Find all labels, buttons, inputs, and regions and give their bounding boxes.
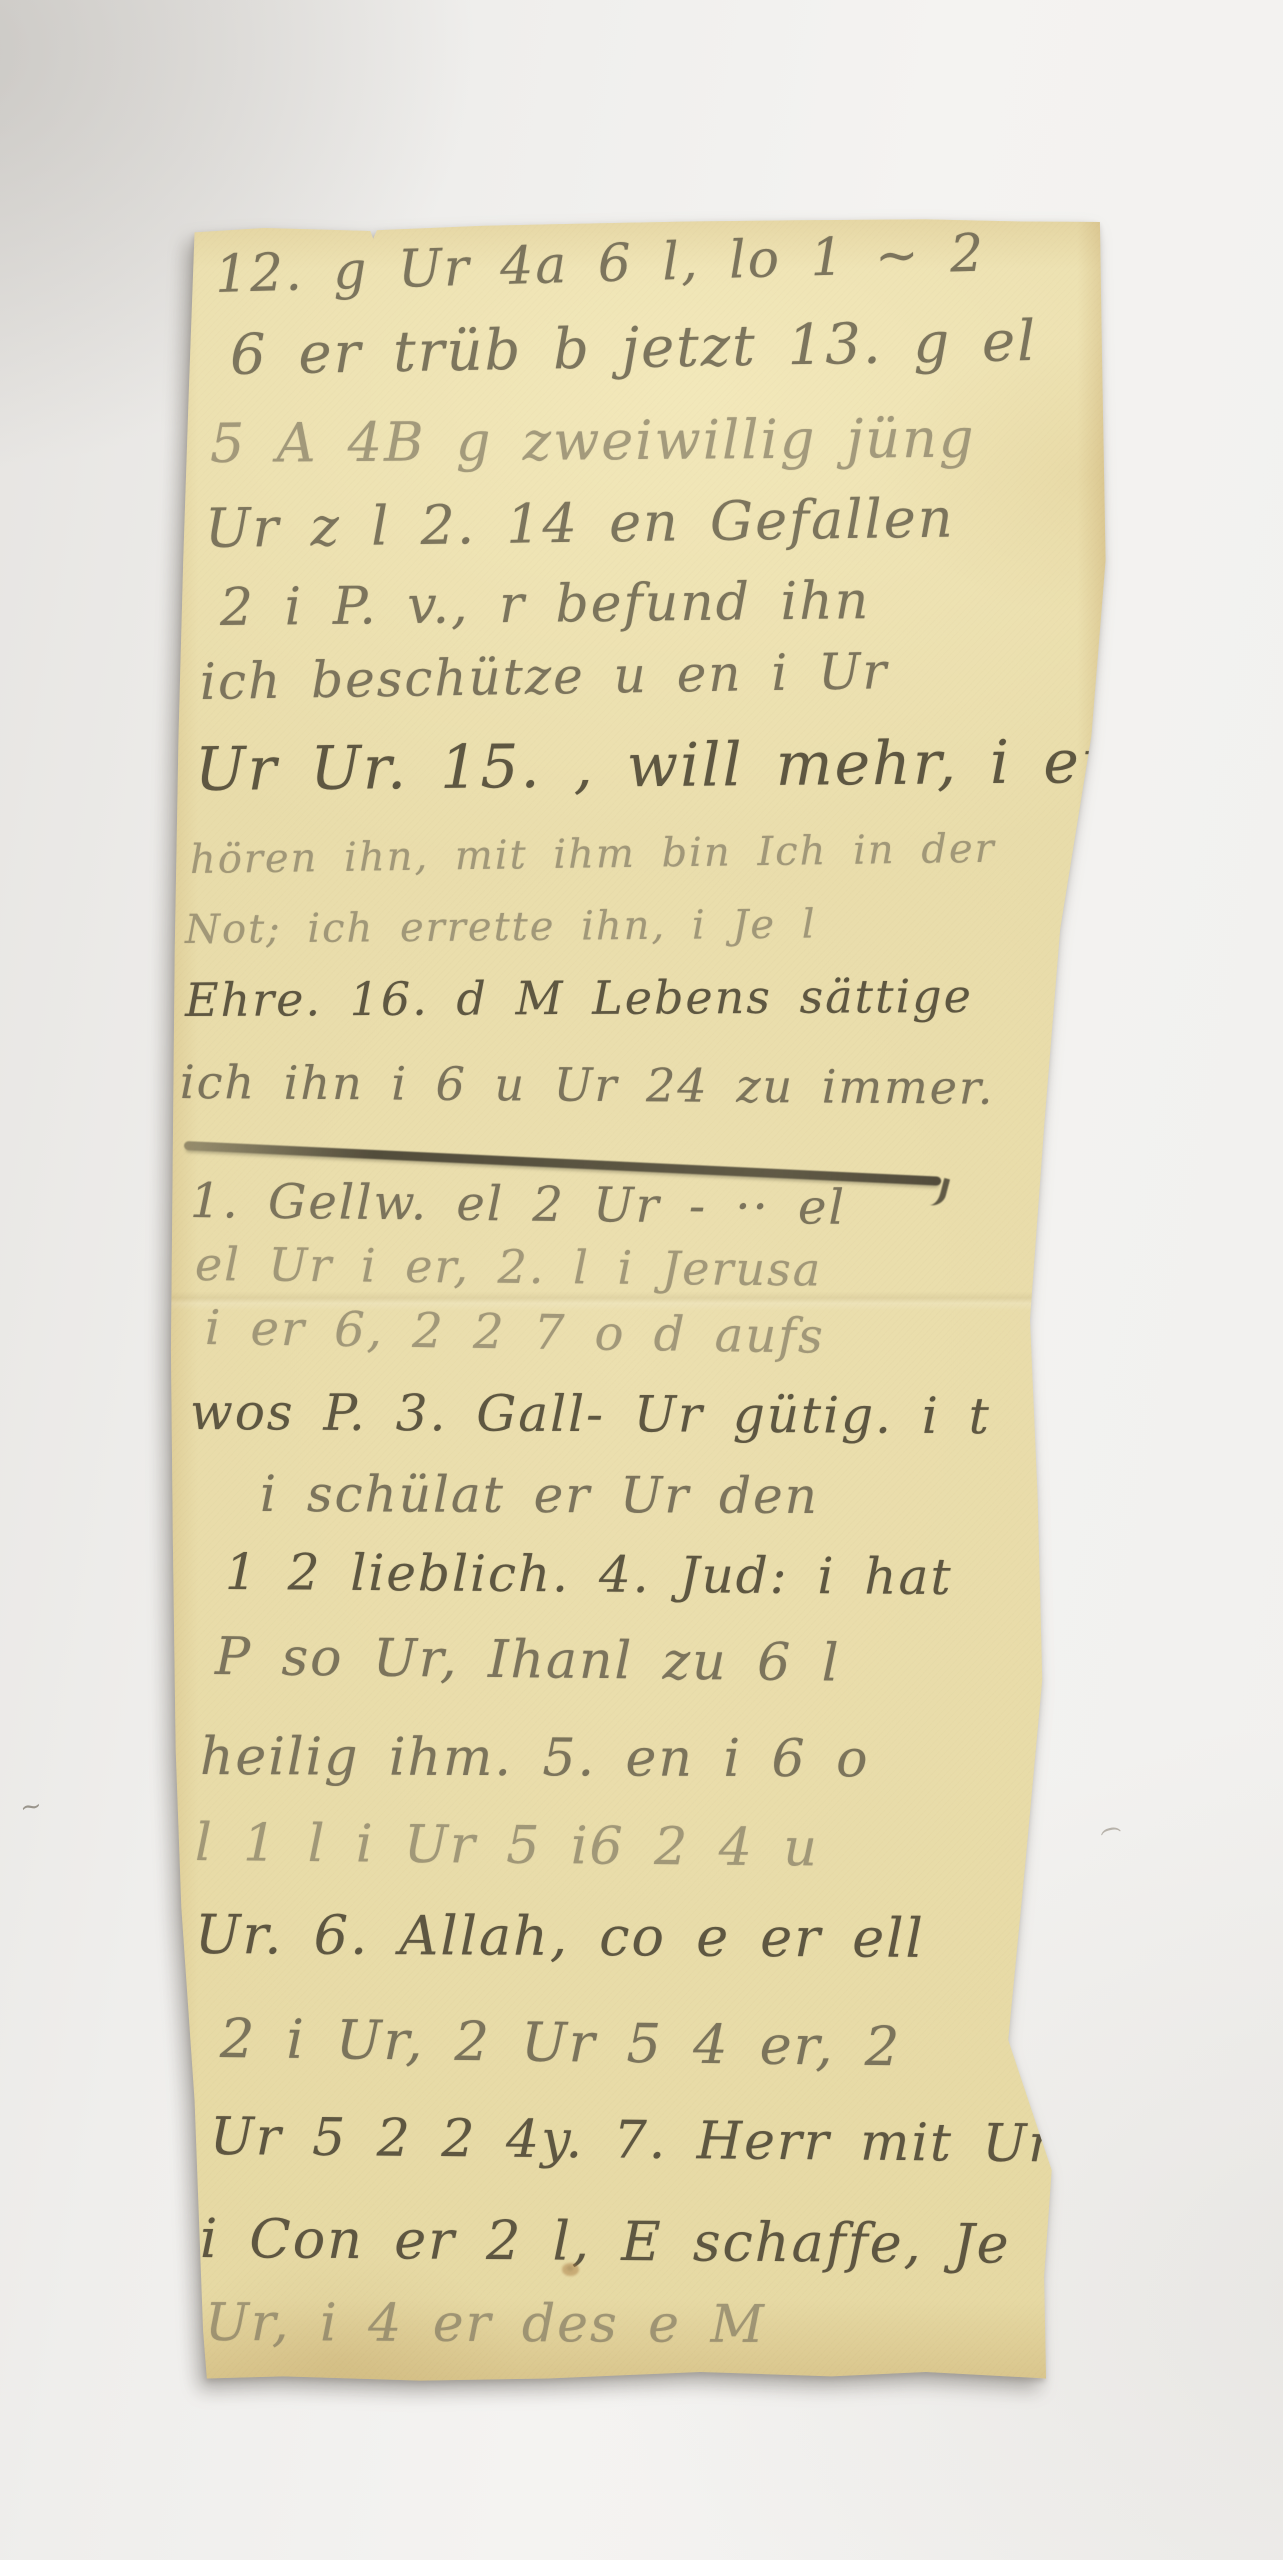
handwriting-line: 2 i Ur, 2 Ur 5 4 er, 2: [220, 2007, 902, 2078]
scan-background: ~ ( 12. g Ur 4a 6 l, lo 1 ~ 2 6 er trüb …: [0, 0, 1283, 2560]
handwriting-line: ich ihn i 6 u Ur 24 zu immer.: [180, 1055, 995, 1115]
handwriting-line: Ur Ur. 15. , will mehr, i er: [195, 727, 1112, 805]
handwriting-line: Ur z l 2. 14 en Gefallen: [205, 487, 955, 560]
handwriting-line: i Con er 2 l, E schaffe, Je: [200, 2207, 1011, 2276]
handwriting-line: 2 i P. v., r befund ihn: [220, 571, 871, 638]
handwriting-line: 12. g Ur 4a 6 l, lo 1 ~ 2: [214, 223, 986, 304]
handwriting-line: Ur, i 4 er des e M: [205, 2293, 766, 2355]
handwriting-line: Ur 5 2 2 4y. 7. Herr mit Ur: [210, 2107, 1056, 2174]
handwriting-line: 6 er trüb b jetzt 13. g el: [229, 309, 1037, 388]
handwriting-line: heilig ihm. 5. en i 6 o: [200, 1727, 870, 1789]
paper-shadow-wrapper: 12. g Ur 4a 6 l, lo 1 ~ 2 6 er trüb b je…: [0, 0, 1283, 2560]
handwriting-line: i schülat er Ur den: [260, 1465, 819, 1525]
handwriting-line: P so Ur, Ihanl zu 6 l: [215, 1627, 841, 1694]
handwriting-line: el Ur i er, 2. l i Jerusa: [195, 1237, 823, 1296]
handwriting-line: Ehre. 16. d M Lebens sättige: [185, 969, 973, 1027]
handwriting-line: ich beschütze u en i Ur: [200, 642, 889, 711]
handwriting-line: l 1 l i Ur 5 i6 2 4 u: [195, 1813, 819, 1878]
handwriting-line: i er 6, 2 2 7 o d aufs: [205, 1300, 825, 1365]
paper: 12. g Ur 4a 6 l, lo 1 ~ 2 6 er trüb b je…: [170, 215, 1115, 2385]
handwriting-line: 1 2 lieblich. 4. Jud: i hat: [225, 1543, 953, 1606]
handwriting-line: 1. Gellw. el 2 Ur - ·· el: [190, 1173, 846, 1236]
handwriting-line: 5 A 4B g zweiwillig jüng: [210, 407, 976, 475]
handwriting-line: hören ihn, mit ihm bin Ich in der: [190, 826, 996, 883]
handwriting-line: wos P. 3. Gall- Ur gütig. i t: [190, 1383, 991, 1445]
handwriting-line: Not; ich errette ihn, i Je l: [185, 901, 817, 953]
paper-stain: [562, 2263, 579, 2276]
handwriting-line: Ur. 6. Allah, co e er ell: [195, 1903, 925, 1970]
